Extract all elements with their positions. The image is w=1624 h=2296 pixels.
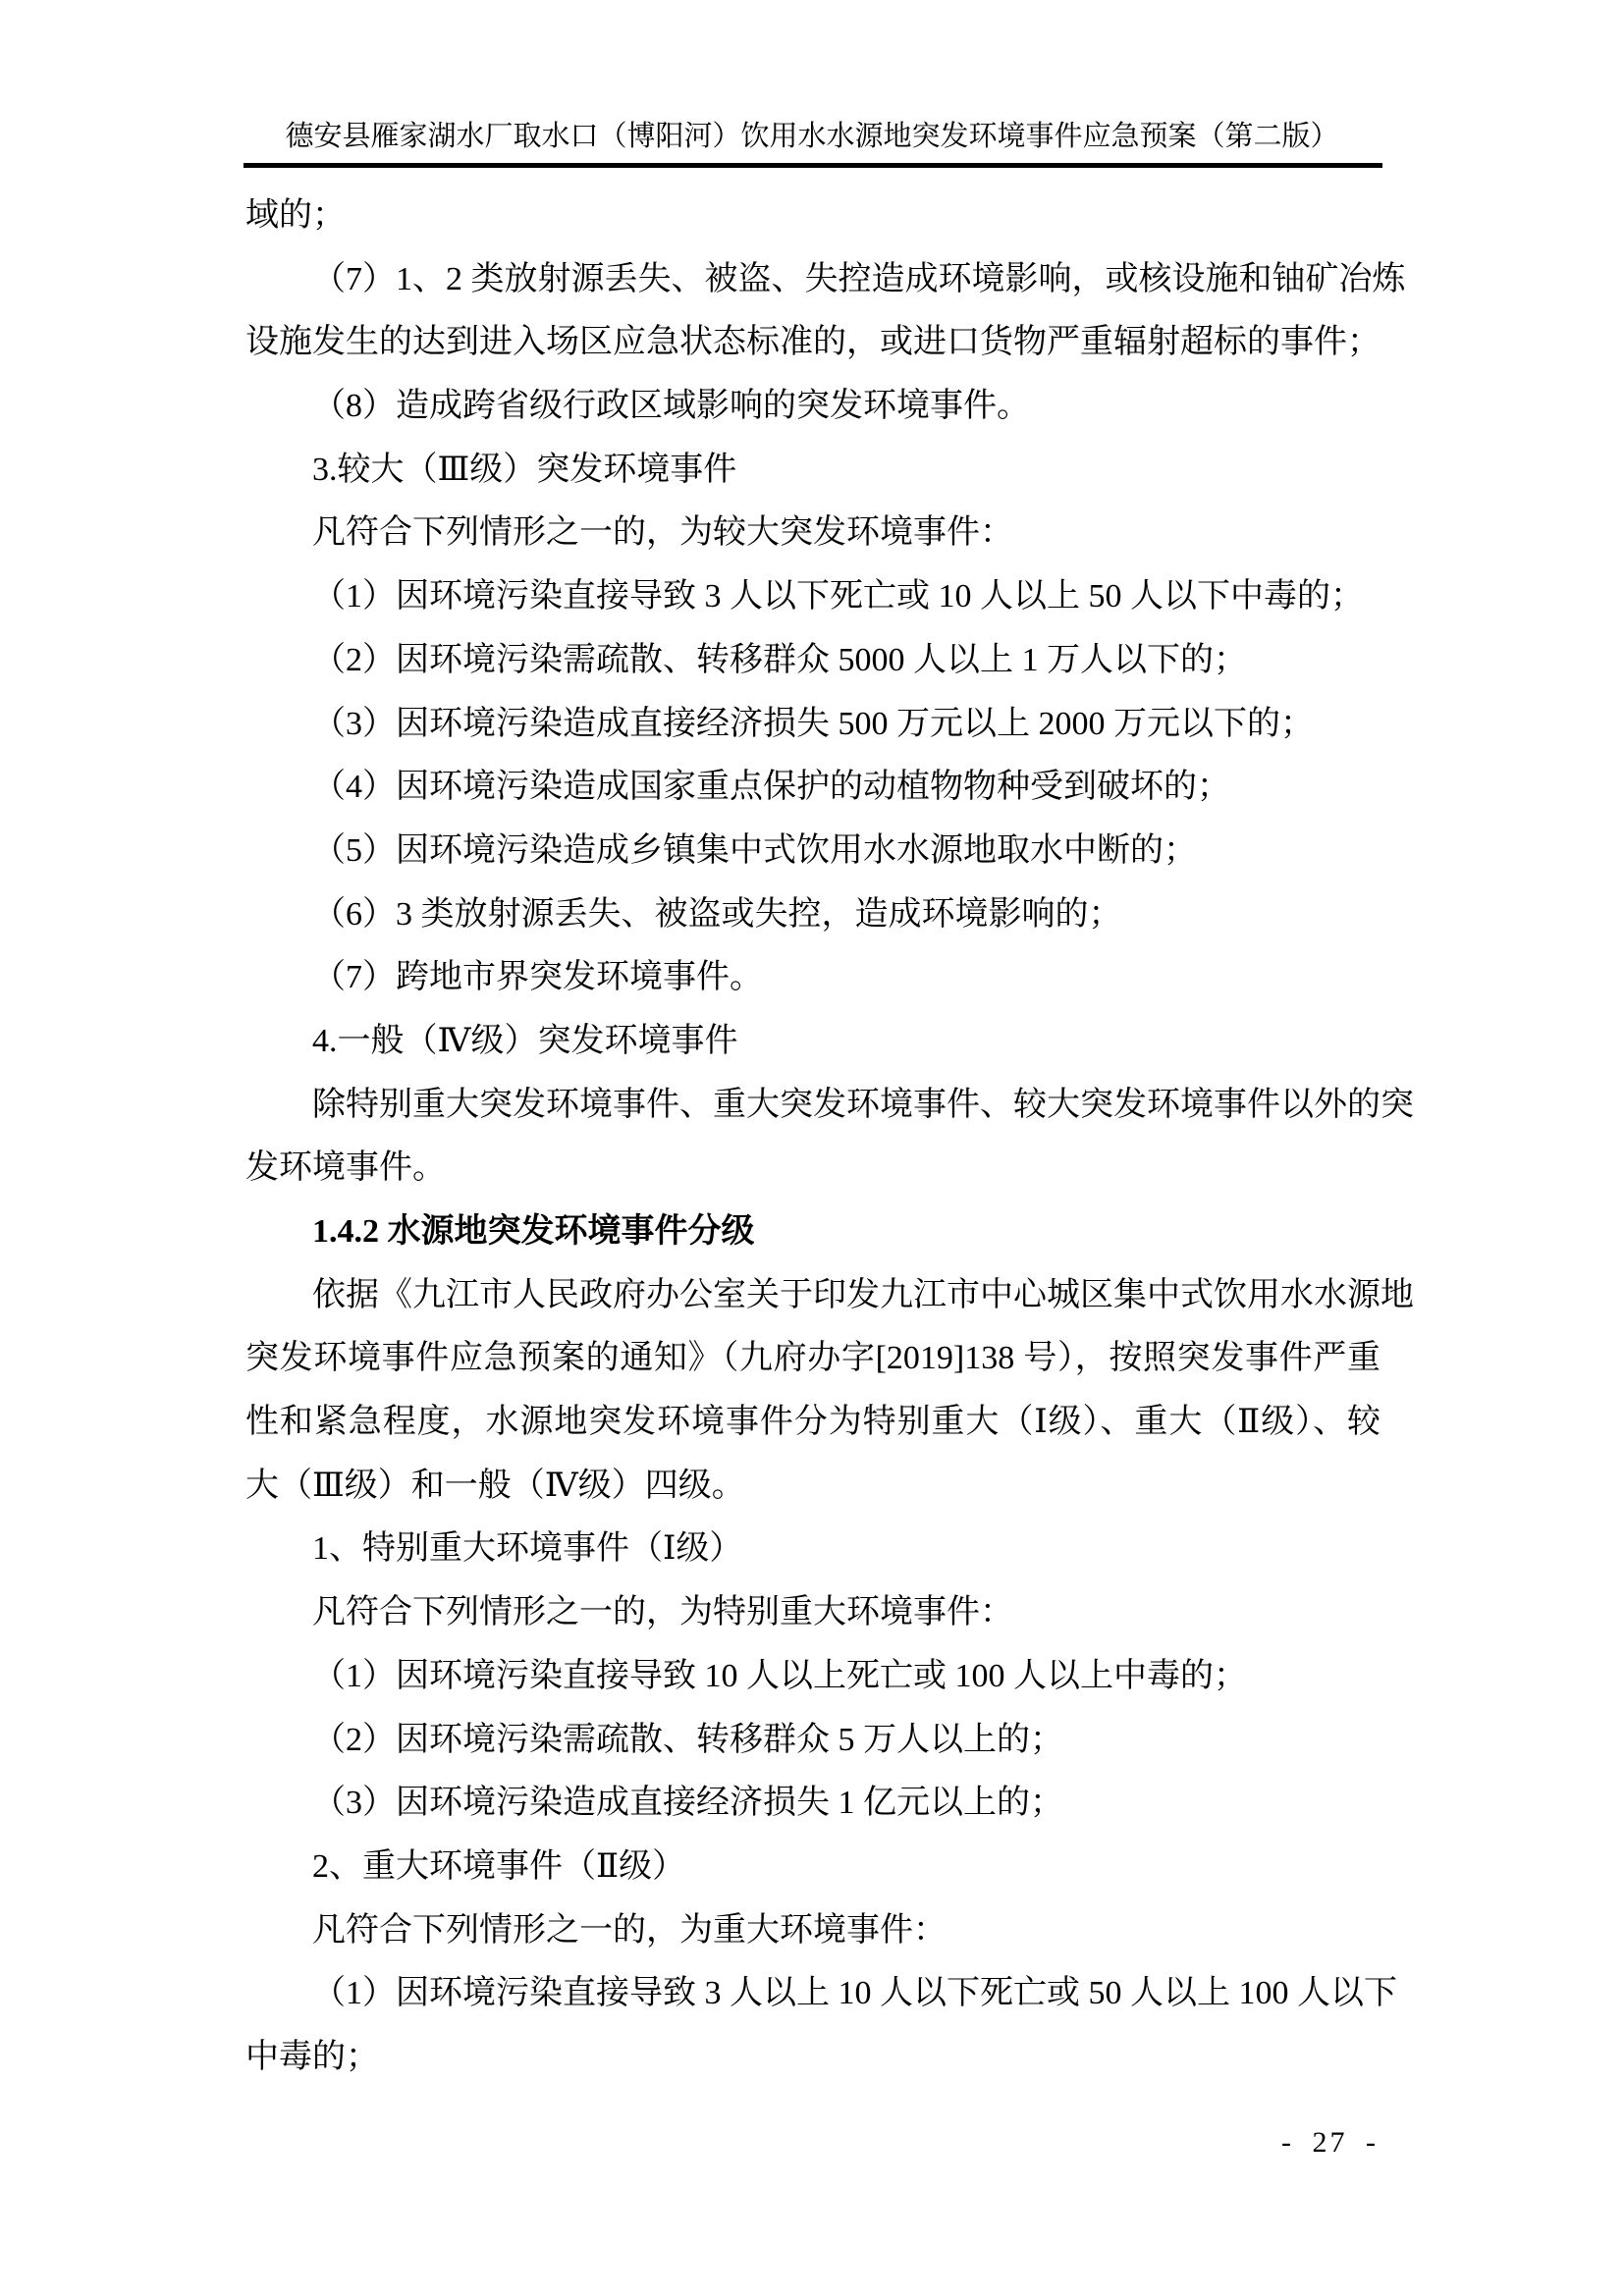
page-number: - 27 - [1281, 2126, 1379, 2159]
body-line: （2）因环境污染需疏散、转移群众 5 万人以上的； [245, 1709, 1380, 1773]
body-line: 性和紧急程度，水源地突发环境事件分为特别重大（Ⅰ级）、重大（Ⅱ级）、较 [245, 1391, 1380, 1455]
body-line: （4）因环境污染造成国家重点保护的动植物物种受到破坏的； [245, 756, 1380, 820]
page-footer: - 27 - [1281, 2118, 1379, 2167]
body-line: （7）跨地市界突发环境事件。 [245, 946, 1380, 1010]
body-line: （1）因环境污染直接导致 10 人以上死亡或 100 人以上中毒的； [245, 1645, 1380, 1709]
body-line: 1.4.2 水源地突发环境事件分级 [245, 1201, 1380, 1264]
page-header-title: 德安县雁家湖水厂取水口（博阳河）饮用水水源地突发环境事件应急预案（第二版） [0, 114, 1624, 159]
body-line: （6）3 类放射源丢失、被盗或失控，造成环境影响的； [245, 883, 1380, 947]
body-line: 4.一般（Ⅳ级）突发环境事件 [245, 1010, 1380, 1074]
body-line: 凡符合下列情形之一的，为较大突发环境事件： [245, 502, 1380, 565]
body-line: （7）1、2 类放射源丢失、被盗、失控造成环境影响，或核设施和铀矿冶炼 [245, 248, 1380, 312]
document-page: 德安县雁家湖水厂取水口（博阳河）饮用水水源地突发环境事件应急预案（第二版） 域的… [0, 0, 1624, 2296]
body-line: 发环境事件。 [245, 1137, 1380, 1201]
body-line: 3.较大（Ⅲ级）突发环境事件 [245, 439, 1380, 503]
body-line: 除特别重大突发环境事件、重大突发环境事件、较大突发环境事件以外的突 [245, 1074, 1380, 1138]
body-line: 域的； [245, 185, 1380, 248]
body-line: 凡符合下列情形之一的，为重大环境事件： [245, 1899, 1380, 1963]
body-line: （2）因环境污染需疏散、转移群众 5000 人以上 1 万人以下的； [245, 629, 1380, 693]
body-line: （3）因环境污染造成直接经济损失 1 亿元以上的； [245, 1772, 1380, 1836]
body-line: （5）因环境污染造成乡镇集中式饮用水水源地取水中断的； [245, 820, 1380, 883]
body-line: 设施发生的达到进入场区应急状态标准的，或进口货物严重辐射超标的事件； [245, 311, 1380, 375]
body-line: （1）因环境污染直接导致 3 人以下死亡或 10 人以上 50 人以下中毒的； [245, 565, 1380, 629]
body-line: 大（Ⅲ级）和一般（Ⅳ级）四级。 [245, 1455, 1380, 1519]
body-line: 突发环境事件应急预案的通知》（九府办字[2019]138 号），按照突发事件严重 [245, 1327, 1380, 1391]
body-line: （3）因环境污染造成直接经济损失 500 万元以上 2000 万元以下的； [245, 693, 1380, 757]
body-line: 凡符合下列情形之一的，为特别重大环境事件： [245, 1581, 1380, 1645]
body-line: （1）因环境污染直接导致 3 人以上 10 人以下死亡或 50 人以上 100 … [245, 1962, 1380, 2026]
header-rule [244, 163, 1382, 168]
body-line: 依据《九江市人民政府办公室关于印发九江市中心城区集中式饮用水水源地 [245, 1264, 1380, 1328]
body-line: 1、特别重大环境事件（Ⅰ级） [245, 1518, 1380, 1581]
body-line: 2、重大环境事件（Ⅱ级） [245, 1836, 1380, 1899]
body-line: 中毒的； [245, 2026, 1380, 2090]
document-body: 域的；（7）1、2 类放射源丢失、被盗、失控造成环境影响，或核设施和铀矿冶炼设施… [245, 185, 1380, 2090]
body-line: （8）造成跨省级行政区域影响的突发环境事件。 [245, 375, 1380, 439]
